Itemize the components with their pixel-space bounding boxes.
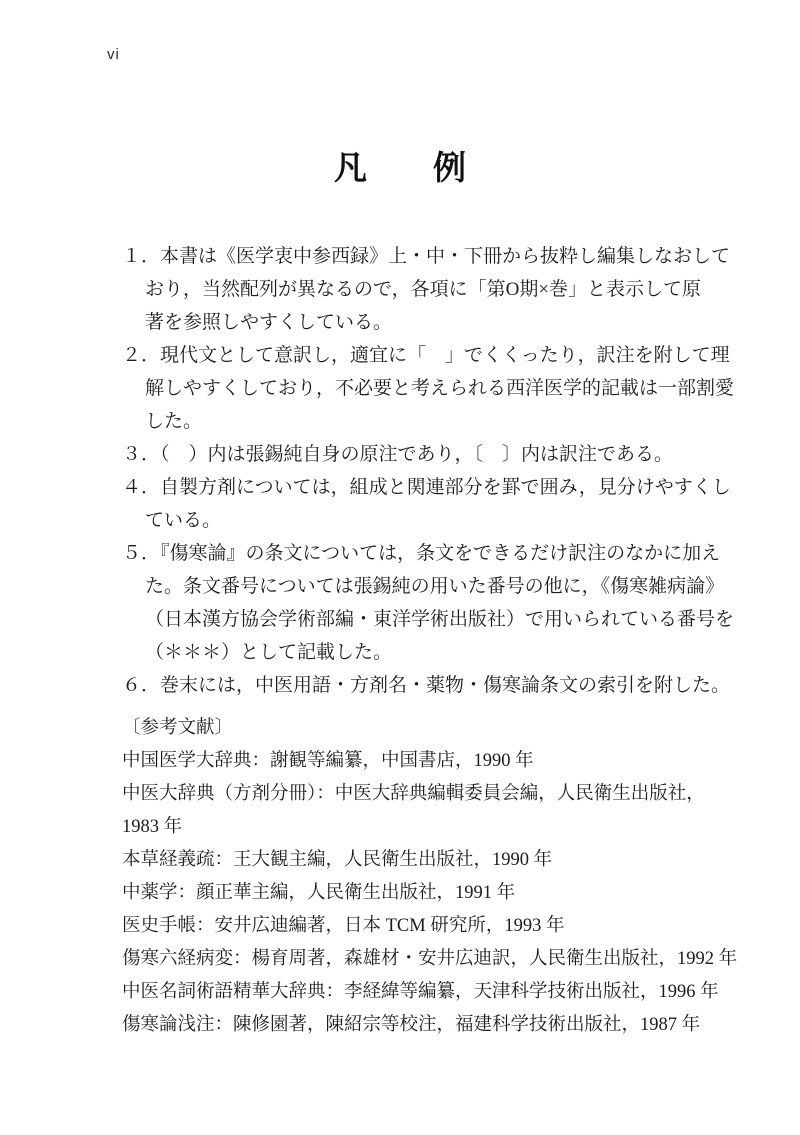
note-item-5: ５．『傷寒論』の条文については，条文をできるだけ訳注のなかに加えた。条文番号につ… — [122, 537, 722, 669]
note-item-2: ２．現代文として意訳し，適宜に「 」でくくったり，訳注を附して理解しやすくしてお… — [122, 339, 722, 438]
notes-list: １．本書は《医学衷中参西録》上・中・下冊から抜粋し編集しなおしており，当然配列が… — [122, 240, 722, 702]
references-heading: 〔参考文献〕 — [122, 712, 762, 745]
text-line: （＊＊＊）として記載した。 — [145, 636, 722, 669]
text-line: ４．自製方剤については，組成と関連部分を罫で囲み，見分けやすくし — [145, 471, 722, 504]
text-line: 傷寒六経病変：楊育周著，森雄材・安井広迪訳，人民衛生出版社，1992 年 — [122, 943, 762, 976]
text-line: 1983 年 — [122, 811, 762, 844]
text-line: ２．現代文として意訳し，適宜に「 」でくくったり，訳注を附して理 — [145, 339, 722, 372]
note-item-3: ３．（ ）内は張錫純自身の原注であり，〔 〕内は訳注である。 — [122, 438, 722, 471]
text-line: （日本漢方協会学術部編・東洋学術出版社）で用いられている番号を — [145, 603, 722, 636]
note-item-4: ４．自製方剤については，組成と関連部分を罫で囲み，見分けやすくしている。 — [122, 471, 722, 537]
text-line: した。 — [145, 405, 722, 438]
book-page: vi 凡 例 １．本書は《医学衷中参西録》上・中・下冊から抜粋し編集しなおしてお… — [0, 0, 800, 1135]
text-line: ５．『傷寒論』の条文については，条文をできるだけ訳注のなかに加え — [145, 537, 722, 570]
references-section: 〔参考文献〕 中国医学大辞典：謝観等編纂，中国書店，1990 年中医大辞典（方剤… — [122, 712, 762, 1042]
text-line: 中医名詞術語精華大辞典：李経緯等編纂，天津科学技術出版社，1996 年 — [122, 976, 762, 1009]
text-line: ６．巻末には，中医用語・方剤名・薬物・傷寒論条文の索引を附した。 — [145, 669, 722, 702]
page-title: 凡 例 — [0, 142, 800, 189]
text-line: ている。 — [145, 504, 722, 537]
text-line: １．本書は《医学衷中参西録》上・中・下冊から抜粋し編集しなおして — [145, 240, 722, 273]
text-line: た。条文番号については張錫純の用いた番号の他に，《傷寒雑病論》 — [145, 570, 722, 603]
page-number: vi — [107, 46, 120, 63]
text-line: 中医大辞典（方剤分冊）：中医大辞典編輯委員会編，人民衛生出版社， — [122, 778, 762, 811]
text-line: 著を参照しやすくしている。 — [145, 306, 722, 339]
references-list: 中国医学大辞典：謝観等編纂，中国書店，1990 年中医大辞典（方剤分冊）：中医大… — [122, 745, 762, 1042]
text-line: 解しやすくしており，不必要と考えられる西洋医学的記載は一部割愛 — [145, 372, 722, 405]
text-line: 中国医学大辞典：謝観等編纂，中国書店，1990 年 — [122, 745, 762, 778]
note-item-6: ６．巻末には，中医用語・方剤名・薬物・傷寒論条文の索引を附した。 — [122, 669, 722, 702]
text-line: ３．（ ）内は張錫純自身の原注であり，〔 〕内は訳注である。 — [145, 438, 722, 471]
text-line: 医史手帳：安井広迪編著，日本 TCM 研究所，1993 年 — [122, 910, 762, 943]
text-line: おり，当然配列が異なるので，各項に「第O期×巻」と表示して原 — [145, 273, 722, 306]
text-line: 傷寒論浅注：陳修園著，陳紹宗等校注，福建科学技術出版社，1987 年 — [122, 1009, 762, 1042]
note-item-1: １．本書は《医学衷中参西録》上・中・下冊から抜粋し編集しなおしており，当然配列が… — [122, 240, 722, 339]
text-line: 中薬学：顔正華主編，人民衛生出版社，1991 年 — [122, 877, 762, 910]
text-line: 本草経義疏：王大観主編，人民衛生出版社，1990 年 — [122, 844, 762, 877]
